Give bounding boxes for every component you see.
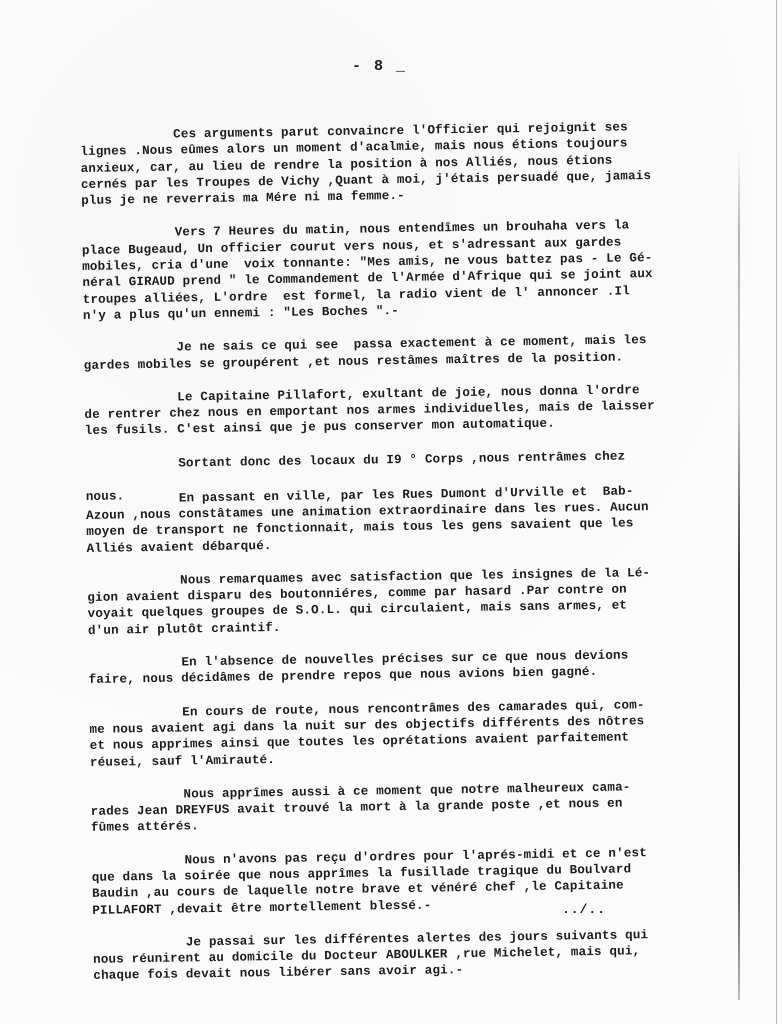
paragraph: Nous apprîmes aussi à ce moment que notr… (90, 777, 756, 836)
paragraph: Je ne sais ce qui see passa exactement à… (83, 331, 748, 374)
paragraph: Vers 7 Heures du matin, nous entendîmes … (82, 216, 748, 324)
document-page: - 8 _ Ces arguments parut convaincre l'O… (0, 0, 783, 1024)
paragraph: En passant en ville, par les Rues Dumont… (86, 481, 752, 557)
paragraph: Je passai sur les différentes alertes de… (93, 925, 759, 984)
paragraph: En cours de route, nous rencontrâmes des… (89, 695, 755, 771)
page-edge-line (776, 0, 777, 1024)
paragraph: Ces arguments parut convaincre l'Officie… (80, 118, 746, 210)
body-text: Ces arguments parut convaincre l'Officie… (80, 118, 759, 1002)
paragraph: Le Capitaine Pillafort, exultant de joie… (84, 380, 750, 439)
continuation-mark: ../.. (562, 902, 606, 917)
page-number: - 8 _ (352, 58, 407, 75)
paragraph: Nous n'avons pas reçu d'ordres pour l'ap… (91, 843, 757, 919)
paragraph: Nous remarquames avec satisfaction que l… (87, 563, 753, 639)
paragraph: En l'absence de nouvelles précises sur c… (88, 646, 753, 689)
